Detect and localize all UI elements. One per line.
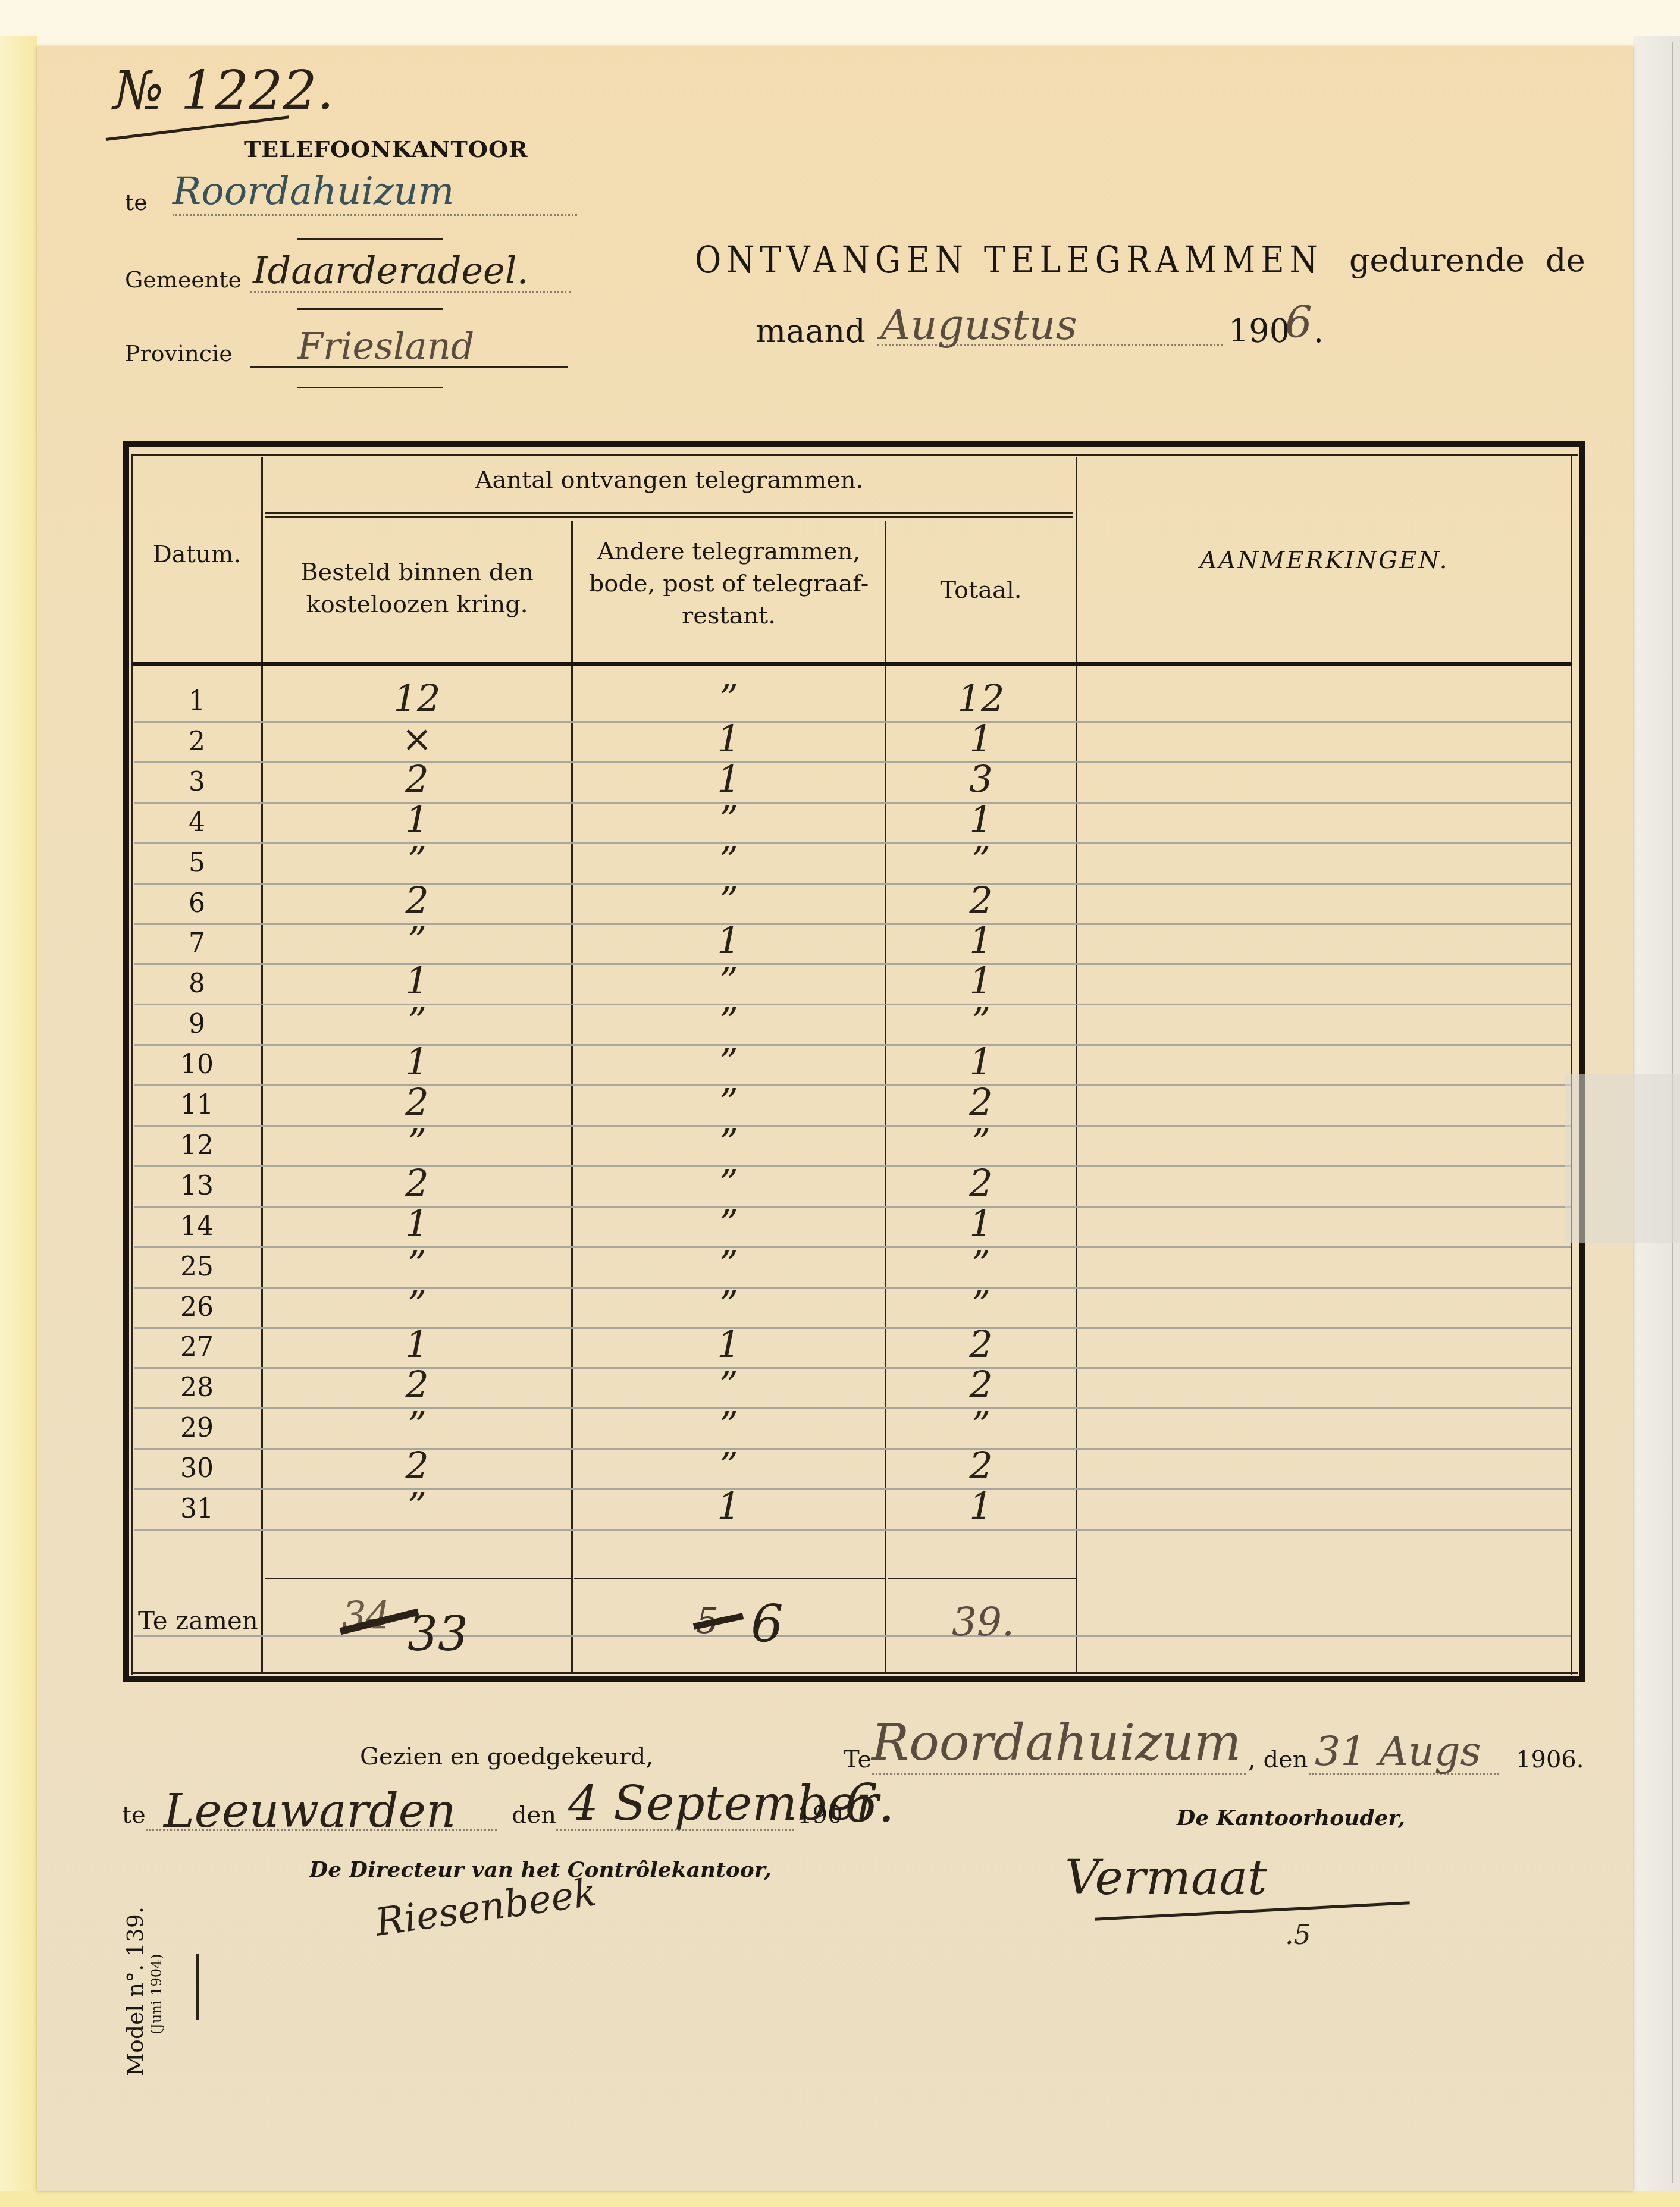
gemeente-field-value: Idaarderadeel. — [253, 249, 528, 292]
row-other-count: ” — [573, 1161, 885, 1205]
row-other-count: 1 — [573, 717, 885, 760]
header-other-line2: bode, post of telegraaf- — [573, 568, 885, 600]
row-other-count: 1 — [573, 1322, 885, 1366]
year-suffix: 6 — [1285, 297, 1312, 347]
te-field-value: Roordahuizum — [173, 170, 455, 214]
header-bottom-rule — [132, 662, 1572, 666]
row-total-count: 2 — [886, 1161, 1076, 1205]
approved-year-suffix: 6. — [845, 1773, 895, 1834]
row-date: 30 — [133, 1453, 261, 1484]
table-border-top — [123, 441, 1585, 447]
adhesive-tape — [1565, 1074, 1680, 1243]
table-border-left — [123, 441, 129, 1682]
row-total-count: 1 — [886, 918, 1076, 962]
form-number: № 1222. — [113, 59, 334, 122]
title-rest: gedurende de — [1349, 242, 1585, 279]
month-field-value: Augustus — [880, 300, 1077, 349]
approved-den-label: den — [512, 1801, 556, 1829]
row-other-count: ” — [573, 1444, 885, 1487]
table-border-bottom-inner — [131, 1672, 1578, 1674]
row-local-count: 1 — [263, 1202, 571, 1245]
row-local-count: 1 — [263, 798, 571, 841]
row-local-count: ” — [263, 838, 571, 882]
mount-background-top — [0, 0, 1680, 46]
header-local-line2: kosteloozen kring. — [263, 588, 571, 620]
row-local-count: ” — [263, 999, 571, 1043]
group-header-rule — [265, 516, 1073, 518]
row-date: 26 — [133, 1292, 261, 1322]
totals-local: 33 — [408, 1606, 468, 1661]
row-date: 28 — [133, 1372, 261, 1403]
row-local-count: ” — [263, 1283, 571, 1326]
row-total-count: 1 — [886, 1202, 1076, 1245]
row-total-count: 1 — [886, 798, 1076, 841]
row-local-count: 2 — [263, 1161, 571, 1205]
row-total-count: 1 — [886, 959, 1076, 1002]
row-other-count: ” — [573, 1040, 885, 1083]
row-date: 29 — [133, 1413, 261, 1443]
row-date: 25 — [133, 1252, 261, 1282]
row-other-count: ” — [573, 798, 885, 841]
row-other-count: ” — [573, 1242, 885, 1286]
row-date: 2 — [133, 726, 261, 757]
table-border-right-inner — [1571, 454, 1572, 1675]
totals-rule — [574, 1578, 885, 1579]
row-date: 8 — [133, 968, 261, 999]
model-label: Model n°. 139. (Juni 1904) — [122, 1907, 165, 2076]
row-total-count: 3 — [886, 757, 1076, 801]
header-datum: Datum. — [133, 538, 261, 570]
header-local-line1: Besteld binnen den — [263, 556, 571, 588]
header-group: Aantal ontvangen telegrammen. — [263, 464, 1076, 496]
row-other-count: 1 — [573, 918, 885, 962]
provincie-label: Provincie — [125, 340, 233, 366]
row-other-count: ” — [573, 1202, 885, 1245]
separator-line — [297, 387, 443, 388]
place-date: 31 Augs — [1315, 1728, 1481, 1775]
row-other-count: ” — [573, 1283, 885, 1326]
model-rule — [196, 1954, 199, 2020]
table-border-bottom — [123, 1676, 1585, 1682]
holder-mark: .5 — [1285, 1918, 1311, 1951]
te-field-line — [173, 214, 577, 216]
row-date: 14 — [133, 1211, 261, 1242]
approved-label: Gezien en goedgekeurd, — [360, 1743, 653, 1770]
row-other-count: ” — [573, 1403, 885, 1447]
row-total-count: ” — [886, 1121, 1076, 1164]
row-local-count: ” — [263, 1242, 571, 1286]
row-date: 27 — [133, 1332, 261, 1362]
row-date: 4 — [133, 807, 261, 838]
te-label: te — [125, 189, 148, 215]
row-total-count: ” — [886, 1403, 1076, 1447]
place-value: Roordahuizum — [872, 1713, 1241, 1772]
row-total-count: 2 — [886, 1363, 1076, 1406]
row-date: 9 — [133, 1009, 261, 1039]
row-local-count: × — [263, 717, 571, 760]
row-total-count: 2 — [886, 1444, 1076, 1487]
row-total-count: 2 — [886, 1080, 1076, 1124]
table-border-right — [1579, 441, 1585, 1682]
row-date: 12 — [133, 1130, 261, 1161]
year-prefix: 190 — [1228, 312, 1290, 350]
place-label: Te — [844, 1746, 872, 1773]
totals-rule — [888, 1578, 1076, 1579]
title-caps: ONTVANGEN TELEGRAMMEN — [695, 238, 1323, 281]
gemeente-label: Gemeente — [125, 267, 242, 293]
row-other-count: ” — [573, 838, 885, 882]
model-date: (Juni 1904) — [148, 1907, 165, 2076]
header-other-line3: restant. — [573, 600, 885, 632]
approved-place: Leeuwarden — [164, 1785, 456, 1838]
header-total: Totaal. — [886, 574, 1076, 606]
row-total-count: ” — [886, 1283, 1076, 1326]
mount-strip-left — [0, 36, 37, 2207]
header-other-line1: Andere telegrammen, — [573, 535, 885, 568]
row-other-count: ” — [573, 676, 885, 720]
row-total-count: 1 — [886, 717, 1076, 760]
header-local: Besteld binnen den kosteloozen kring. — [263, 556, 571, 620]
totals-rule — [265, 1578, 571, 1579]
row-local-count: 2 — [263, 757, 571, 801]
row-ruling — [134, 1529, 1571, 1531]
row-local-count: ” — [263, 1121, 571, 1164]
row-date: 13 — [133, 1171, 261, 1201]
totals-label: Te zamen — [138, 1606, 258, 1635]
row-date: 11 — [133, 1090, 261, 1120]
row-local-count: ” — [263, 1403, 571, 1447]
row-total-count: 12 — [886, 676, 1076, 720]
row-other-count: ” — [573, 1121, 885, 1164]
office-label: TELEFOONKANTOOR — [244, 136, 528, 162]
row-local-count: 1 — [263, 1322, 571, 1366]
row-other-count: 1 — [573, 757, 885, 801]
holder-label: De Kantoorhouder, — [1177, 1805, 1405, 1830]
row-other-count: ” — [573, 999, 885, 1043]
row-total-count: 2 — [886, 879, 1076, 922]
row-local-count: 1 — [263, 1040, 571, 1083]
row-date: 10 — [133, 1049, 261, 1080]
column-divider — [1076, 457, 1077, 1673]
row-local-count: 12 — [263, 676, 571, 720]
row-total-count: ” — [886, 838, 1076, 882]
row-local-count: 1 — [263, 959, 571, 1002]
row-other-count: ” — [573, 1363, 885, 1406]
year-dot: . — [1314, 312, 1324, 350]
mount-strip-bottom — [0, 2191, 1680, 2207]
row-date: 1 — [133, 686, 261, 716]
row-date: 5 — [133, 848, 261, 878]
row-local-count: 2 — [263, 1080, 571, 1124]
row-local-count: ” — [263, 1484, 571, 1528]
header-remarks: AANMERKINGEN. — [1077, 544, 1571, 576]
separator-line — [297, 308, 443, 310]
row-date: 7 — [133, 928, 261, 958]
separator-line — [297, 238, 443, 240]
totals-other: 6 — [751, 1594, 783, 1654]
row-other-count: 1 — [573, 1484, 885, 1528]
row-other-count: ” — [573, 1080, 885, 1124]
row-local-count: 2 — [263, 879, 571, 922]
header-other: Andere telegrammen, bode, post of telegr… — [573, 535, 885, 632]
totals-total: 39. — [952, 1599, 1014, 1645]
row-total-count: ” — [886, 999, 1076, 1043]
row-local-count: 2 — [263, 1363, 571, 1406]
approved-year-prefix: 190 — [797, 1801, 842, 1829]
row-total-count: 2 — [886, 1322, 1076, 1366]
row-total-count: 1 — [886, 1484, 1076, 1528]
row-date: 3 — [133, 767, 261, 797]
table-border-top-inner — [131, 454, 1578, 456]
row-local-count: ” — [263, 918, 571, 962]
row-date: 6 — [133, 888, 261, 918]
model-number: Model n°. 139. — [122, 1907, 148, 2076]
place-den: , den — [1248, 1746, 1308, 1773]
holder-signature: Vermaat — [1065, 1850, 1267, 1905]
place-line — [872, 1773, 1246, 1775]
month-label: maand — [756, 312, 866, 350]
row-local-count: 2 — [263, 1444, 571, 1487]
provincie-field-value: Friesland — [297, 324, 474, 368]
place-year: 1906. — [1516, 1746, 1584, 1773]
row-total-count: 1 — [886, 1040, 1076, 1083]
approved-te-label: te — [122, 1801, 146, 1829]
row-total-count: ” — [886, 1242, 1076, 1286]
row-date: 31 — [133, 1494, 261, 1524]
row-other-count: ” — [573, 879, 885, 922]
row-other-count: ” — [573, 959, 885, 1002]
group-header-rule — [265, 512, 1073, 514]
